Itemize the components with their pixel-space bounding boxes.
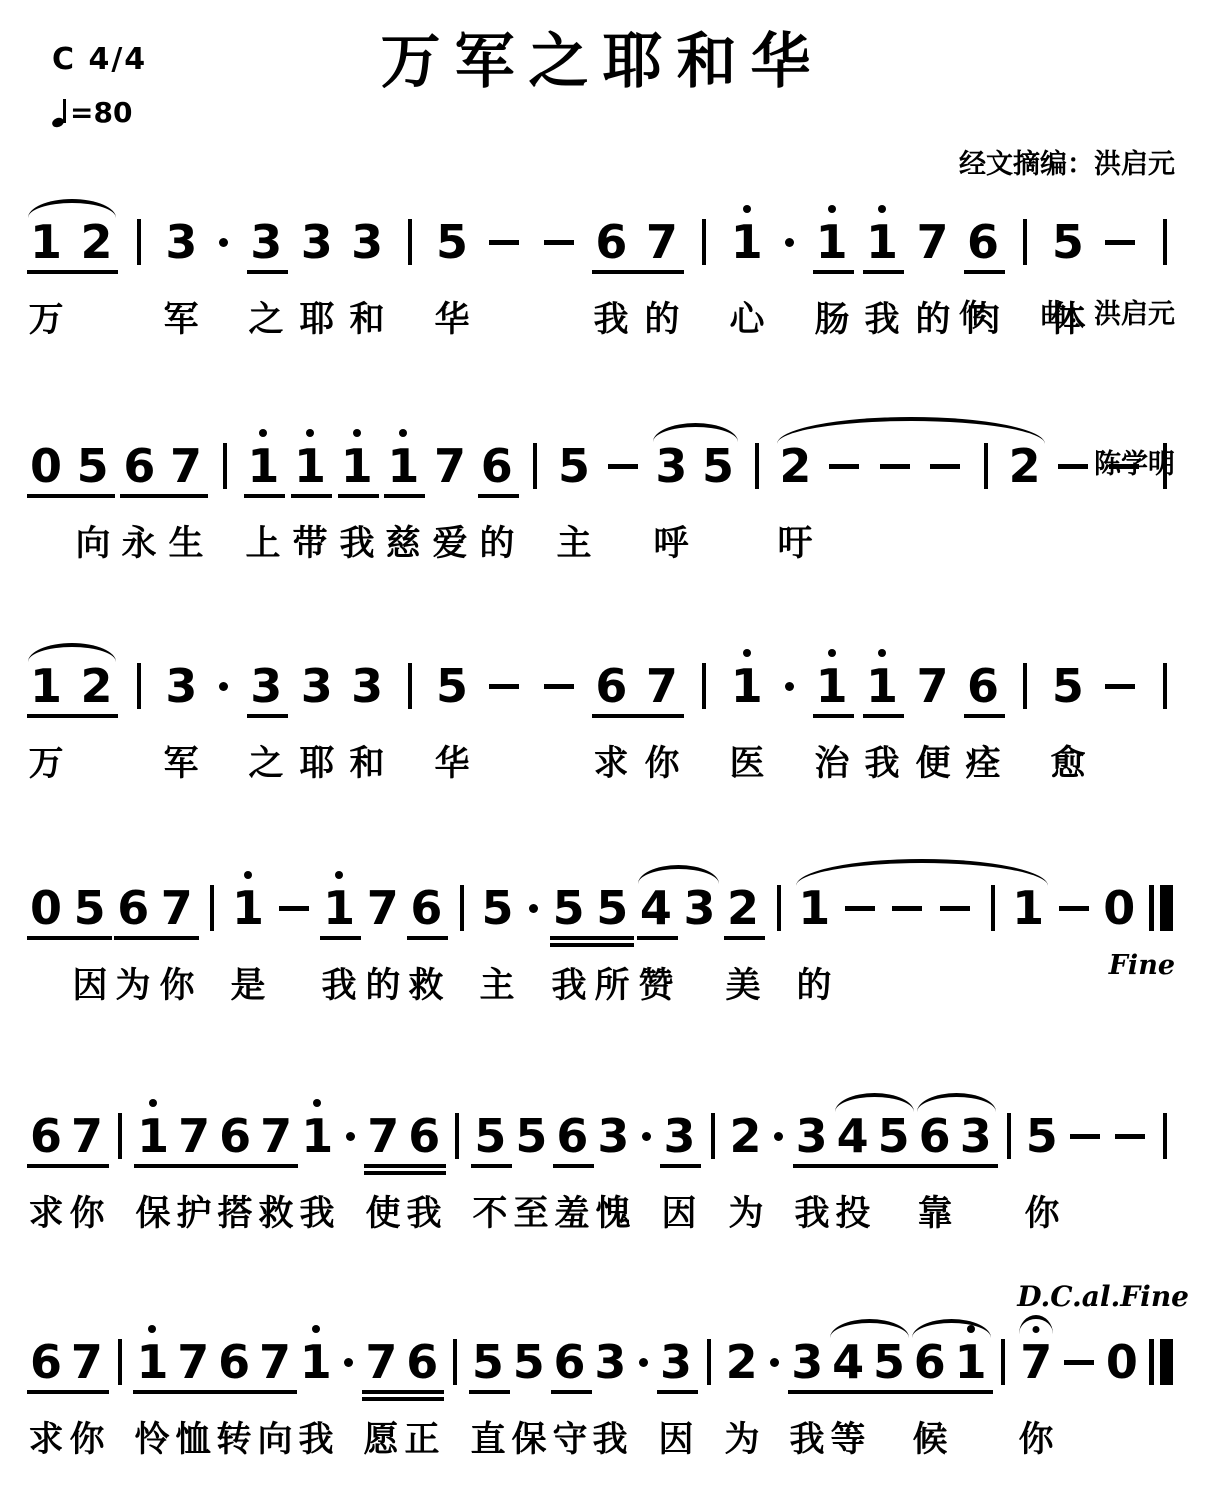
note-digit: 5 (436, 196, 468, 288)
lyric-syllable: 军 (158, 736, 204, 786)
note-digit: 5 (74, 862, 106, 954)
note-digit: 7 (917, 196, 949, 288)
octave-underline (471, 1164, 512, 1168)
duration-dash (1056, 862, 1092, 954)
octave-underline (244, 494, 285, 498)
lyric-syllable: 你 (639, 736, 685, 786)
augmentation-dot (216, 640, 232, 732)
barline (749, 420, 765, 512)
lyric-syllable: 我 (401, 1186, 447, 1236)
augmentation-dot (638, 1090, 654, 1182)
lyric-syllable: 耶 (294, 736, 340, 786)
note-digit: 1 (301, 1090, 333, 1182)
barline (696, 640, 712, 732)
note-digit: 2 (727, 862, 759, 954)
lyric-syllable: 羞 (549, 1186, 595, 1236)
lyric-syllable: 求 (23, 1412, 69, 1462)
note-digit: 0 (1106, 1316, 1138, 1408)
octave-underline (657, 1390, 698, 1394)
duration-dash (1061, 1316, 1097, 1408)
lyric-syllable: 不 (467, 1186, 513, 1236)
octave-underline (120, 494, 208, 498)
lyric-syllable: 我 (334, 516, 380, 566)
note-digit: 6 (219, 1090, 251, 1182)
lyrics-line-3: 万军之耶和华求你医治我便痊愈 (30, 736, 1173, 788)
key-signature: C 4/4 (52, 42, 147, 77)
augmentation-dot (216, 196, 232, 288)
note-digit: 3 (663, 1090, 695, 1182)
duration-dash (486, 196, 522, 288)
octave-underline (964, 714, 1005, 718)
barline (204, 862, 220, 954)
lyric-syllable: 带 (287, 516, 333, 566)
note-digit: 1 (294, 420, 326, 512)
lyric-syllable: 怜 (129, 1412, 175, 1462)
final-barline (1147, 862, 1173, 954)
lyric-syllable: 万 (23, 292, 69, 342)
note-digit: 7 (367, 1090, 399, 1182)
octave-underline (553, 1164, 594, 1168)
lyric-syllable: 至 (508, 1186, 554, 1236)
lyric-syllable: 我 (293, 1412, 339, 1462)
note-digit: 7 (177, 1316, 209, 1408)
credit-line-scripture: 经文摘编：洪启元 (959, 140, 1175, 190)
note-digit: 1 (866, 196, 898, 288)
lyric-syllable: 赞 (633, 958, 679, 1008)
augmentation-dot (525, 862, 541, 954)
octave-underline (320, 936, 361, 940)
notation-line-2: 056711117653522 (30, 420, 1173, 512)
duration-dash (1102, 196, 1138, 288)
octave-underline (384, 494, 425, 498)
octave-underline (550, 936, 634, 940)
note-digit: 1 (323, 862, 355, 954)
octave-underline (134, 1164, 216, 1168)
note-digit: 6 (556, 1090, 588, 1182)
augmentation-dot (342, 1090, 358, 1182)
lyric-syllable: 向 (70, 516, 116, 566)
augmentation-dot (771, 1090, 787, 1182)
note-digit: 1 (136, 1316, 168, 1408)
lyric-syllable: 等 (825, 1412, 871, 1462)
note-digit: 5 (596, 862, 628, 954)
sheet-music-page: C 4/4 =80 万军之耶和华 经文摘编：洪启元 作 曲：洪启元 陈学明 12… (0, 0, 1205, 1488)
note-digit: 7 (260, 1090, 292, 1182)
lyric-syllable: 的 (360, 958, 406, 1008)
note-digit: 5 (77, 420, 109, 512)
duration-dash (1112, 1090, 1148, 1182)
note-digit: 0 (30, 420, 62, 512)
barline (1157, 1090, 1173, 1182)
duration-dash (1055, 420, 1091, 512)
note-digit: 6 (967, 640, 999, 732)
lyric-syllable: 我 (859, 736, 905, 786)
lyric-syllable: 心 (724, 292, 770, 342)
barline (402, 640, 418, 732)
note-digit: 0 (30, 862, 62, 954)
octave-underline (247, 270, 288, 274)
barline (696, 196, 712, 288)
augmentation-dot (635, 1316, 651, 1408)
note-digit: 1 (816, 196, 848, 288)
song-title: 万军之耶和华 (381, 14, 825, 100)
duration-dash (1067, 1090, 1103, 1182)
octave-underline (911, 1390, 993, 1394)
note-digit: 6 (595, 640, 627, 732)
dc-al-fine-marker: D.C.al.Fine (1017, 1280, 1189, 1313)
note-digit: 7 (646, 196, 678, 288)
note-digit: 3 (165, 196, 197, 288)
augmentation-dot (766, 1316, 782, 1408)
octave-underline (27, 714, 118, 718)
lyric-syllable: 主 (474, 958, 520, 1008)
lyric-syllable: 医 (724, 736, 770, 786)
lyric-syllable: 和 (344, 292, 390, 342)
notation-line-1: 123333567111765 (30, 196, 1173, 288)
lyric-syllable: 上 (240, 516, 286, 566)
lyric-syllable: 我 (294, 1186, 340, 1236)
note-digit-fermata: 7 (1020, 1316, 1052, 1408)
note-digit: 6 (117, 862, 149, 954)
lyric-syllable: 因 (67, 958, 113, 1008)
lyrics-line-5: 求你保护搭救我使我不至羞愧因为我投靠你 (30, 1186, 1173, 1238)
lyric-syllable: 愈 (1045, 736, 1091, 786)
octave-underline (829, 1390, 911, 1394)
note-digit: 7 (646, 640, 678, 732)
note-digit: 3 (796, 1090, 828, 1182)
lyric-syllable: 的 (791, 958, 837, 1008)
lyric-syllable: 华 (429, 736, 475, 786)
barline (705, 1090, 721, 1182)
note-digit: 3 (165, 640, 197, 732)
lyric-syllable: 靠 (912, 1186, 958, 1236)
octave-underline (133, 1390, 215, 1394)
lyric-syllable: 我 (316, 958, 362, 1008)
lyric-syllable: 候 (907, 1412, 953, 1462)
lyric-syllable: 求 (23, 1186, 69, 1236)
duration-dash (1102, 640, 1138, 732)
lyric-syllable: 体 (1045, 292, 1091, 342)
note-digit: 6 (481, 420, 513, 512)
duration-dash (486, 640, 522, 732)
lyric-syllable: 是 (225, 958, 271, 1008)
note-digit: 6 (408, 1090, 440, 1182)
note-digit: 1 (341, 420, 373, 512)
lyrics-line-2: 向永生上带我慈爱的主呼吁 (30, 516, 1173, 568)
octave-underline (863, 714, 904, 718)
lyric-syllable: 爱 (427, 516, 473, 566)
octave-underline (114, 936, 199, 940)
lyric-syllable: 求 (588, 736, 634, 786)
lyric-syllable: 慈 (380, 516, 426, 566)
tempo-marking: =80 (52, 96, 132, 129)
lyric-syllable: 生 (163, 516, 209, 566)
system-2: 056711117653522 向永生上带我慈爱的主呼吁 (30, 420, 1173, 568)
note-digit: 5 (481, 862, 513, 954)
lyric-syllable: 为 (723, 1186, 769, 1236)
note-digit: 7 (259, 1316, 291, 1408)
lyric-syllable: 因 (653, 1412, 699, 1462)
system-1: 123333567111765 万军之耶和华我的心肠我的肉体 (30, 196, 1173, 344)
note-digit: 6 (218, 1316, 250, 1408)
lyric-syllable: 美 (720, 958, 766, 1008)
system-3: 123333567111765 万军之耶和华求你医治我便痊愈 (30, 640, 1173, 788)
note-digit: 3 (250, 640, 282, 732)
system-5: 671767176556332345635 求你保护搭救我使我不至羞愧因为我投靠… (30, 1090, 1173, 1238)
note-digit: 7 (71, 1090, 103, 1182)
note-digit: 3 (301, 640, 333, 732)
lyric-syllable: 使 (360, 1186, 406, 1236)
augmentation-dot (781, 196, 797, 288)
note-digit: 2 (730, 1090, 762, 1182)
octave-underline (592, 270, 684, 274)
barline (1157, 640, 1173, 732)
lyric-syllable: 你 (64, 1186, 110, 1236)
lyric-syllable: 我 (784, 1412, 830, 1462)
fine-marker: Fine (1109, 950, 1175, 981)
lyric-syllable: 肉 (960, 292, 1006, 342)
octave-underline (27, 270, 118, 274)
lyrics-line-4: 因为你是我的救主我所赞美的 (30, 958, 1173, 1010)
note-digit: 3 (791, 1316, 823, 1408)
octave-underline (637, 936, 678, 940)
note-digit: 2 (726, 1316, 758, 1408)
lyric-syllable: 我 (789, 1186, 835, 1236)
lyric-syllable: 保 (506, 1412, 552, 1462)
barline (454, 862, 470, 954)
system-4: 05671176555432110 因为你是我的救主我所赞美的 (30, 862, 1173, 1010)
octave-underline (592, 714, 684, 718)
barline (217, 420, 233, 512)
octave-underline (793, 1164, 834, 1168)
lyric-syllable: 治 (809, 736, 855, 786)
barline (131, 196, 147, 288)
lyric-syllable: 呼 (648, 516, 694, 566)
note-digit: 5 (558, 420, 590, 512)
note-digit: 6 (595, 196, 627, 288)
lyric-syllable: 的 (639, 292, 685, 342)
lyric-syllable: 便 (910, 736, 956, 786)
note-digit: 1 (300, 1316, 332, 1408)
lyric-syllable: 我 (859, 292, 905, 342)
octave-underline (788, 1390, 829, 1394)
octave-underline (916, 1164, 998, 1168)
note-digit: 3 (351, 196, 383, 288)
octave-underline (813, 714, 854, 718)
notation-line-3: 123333567111765 (30, 640, 1173, 732)
note-digit: 3 (594, 1316, 626, 1408)
augmentation-dot (781, 640, 797, 732)
octave-underline (27, 936, 112, 940)
duration-dash (541, 640, 577, 732)
note-digit: 0 (1103, 862, 1135, 954)
barline (1157, 420, 1173, 512)
note-digit: 5 (436, 640, 468, 732)
note-digit: 7 (917, 640, 949, 732)
lyric-syllable: 护 (171, 1186, 217, 1236)
barline (449, 1090, 465, 1182)
octave-underline (362, 1397, 444, 1401)
note-digit: 1 (866, 640, 898, 732)
lyric-syllable: 救 (253, 1186, 299, 1236)
note-digit: 3 (250, 196, 282, 288)
note-digit: 6 (967, 196, 999, 288)
tie-arc (777, 417, 1045, 444)
note-digit: 6 (30, 1090, 62, 1182)
lyric-syllable: 军 (158, 292, 204, 342)
octave-underline (407, 936, 448, 940)
lyric-syllable: 为 (110, 958, 156, 1008)
note-digit: 3 (660, 1316, 692, 1408)
note-digit: 7 (178, 1090, 210, 1182)
octave-underline (291, 494, 332, 498)
note-digit: 1 (247, 420, 279, 512)
note-digit: 7 (170, 420, 202, 512)
octave-underline (364, 1171, 446, 1175)
system-6: 6717671765563323456170 求你怜恤转向我愿正直保守我因为我等… (30, 1316, 1173, 1464)
lyric-syllable: 我 (587, 1412, 633, 1462)
barline (1017, 640, 1033, 732)
note-digit: 1 (731, 196, 763, 288)
note-digit: 5 (472, 1316, 504, 1408)
note-digit: 7 (71, 1316, 103, 1408)
octave-underline (215, 1390, 297, 1394)
lyric-syllable: 为 (719, 1412, 765, 1462)
octave-underline (338, 494, 379, 498)
note-digit: 1 (731, 640, 763, 732)
octave-underline (863, 270, 904, 274)
lyric-syllable: 正 (399, 1412, 445, 1462)
barline (112, 1316, 128, 1408)
octave-underline (469, 1390, 510, 1394)
notation-line-6: 6717671765563323456170 (30, 1316, 1173, 1408)
barline (447, 1316, 463, 1408)
octave-underline (364, 1164, 446, 1168)
lyric-syllable: 主 (551, 516, 597, 566)
lyric-syllable: 耶 (294, 292, 340, 342)
notation-line-5: 671767176556332345635 (30, 1090, 1173, 1182)
quarter-note-icon (52, 97, 68, 129)
lyric-syllable: 永 (116, 516, 162, 566)
note-digit: 6 (554, 1316, 586, 1408)
note-digit: 7 (161, 862, 193, 954)
note-digit: 3 (597, 1090, 629, 1182)
barline (771, 862, 787, 954)
octave-underline (551, 1390, 592, 1394)
octave-underline (834, 1164, 916, 1168)
lyric-syllable: 之 (243, 736, 289, 786)
note-digit: 5 (513, 1316, 545, 1408)
barline (112, 1090, 128, 1182)
lyric-syllable: 因 (656, 1186, 702, 1236)
lyric-syllable: 你 (154, 958, 200, 1008)
note-digit: 7 (365, 1316, 397, 1408)
lyric-syllable: 你 (1019, 1186, 1065, 1236)
note-digit: 6 (410, 862, 442, 954)
lyric-syllable: 愿 (358, 1412, 404, 1462)
lyric-syllable: 我 (546, 958, 592, 1008)
lyric-syllable: 我 (588, 292, 634, 342)
lyric-syllable: 吁 (772, 516, 818, 566)
barline (131, 640, 147, 732)
note-digit: 5 (1052, 640, 1084, 732)
note-digit: 5 (474, 1090, 506, 1182)
lyric-syllable: 肠 (809, 292, 855, 342)
lyric-syllable: 万 (23, 736, 69, 786)
note-digit: 5 (1026, 1090, 1058, 1182)
note-digit: 1 (137, 1090, 169, 1182)
lyrics-line-6: 求你怜恤转向我愿正直保守我因为我等候你 (30, 1412, 1173, 1464)
octave-underline (362, 1390, 444, 1394)
note-digit: 7 (434, 420, 466, 512)
lyric-syllable: 的 (910, 292, 956, 342)
octave-underline (813, 270, 854, 274)
note-digit: 3 (301, 196, 333, 288)
tie-arc (796, 859, 1048, 886)
note-digit: 6 (123, 420, 155, 512)
octave-underline (27, 1164, 109, 1168)
lyric-syllable: 恤 (170, 1412, 216, 1462)
lyric-syllable: 之 (243, 292, 289, 342)
octave-underline (27, 494, 115, 498)
octave-underline (550, 943, 634, 947)
octave-underline (964, 270, 1005, 274)
lyric-syllable: 直 (465, 1412, 511, 1462)
note-digit: 5 (515, 1090, 547, 1182)
lyric-syllable: 投 (830, 1186, 876, 1236)
lyric-syllable: 向 (252, 1412, 298, 1462)
duration-dash (276, 862, 312, 954)
lyric-syllable: 保 (130, 1186, 176, 1236)
octave-underline (478, 494, 519, 498)
barline (1001, 1090, 1017, 1182)
lyric-syllable: 救 (403, 958, 449, 1008)
lyric-syllable: 痊 (960, 736, 1006, 786)
augmentation-dot (341, 1316, 357, 1408)
barline (701, 1316, 717, 1408)
tempo-value: =80 (70, 96, 132, 129)
lyric-syllable: 你 (1013, 1412, 1059, 1462)
note-digit: 3 (351, 640, 383, 732)
barline (1017, 196, 1033, 288)
lyric-syllable: 你 (64, 1412, 110, 1462)
lyric-syllable: 搭 (212, 1186, 258, 1236)
note-digit: 1 (387, 420, 419, 512)
note-digit: 7 (367, 862, 399, 954)
note-digit: 1 (816, 640, 848, 732)
barline (402, 196, 418, 288)
duration-dash (1106, 420, 1142, 512)
octave-underline (27, 1390, 109, 1394)
barline (995, 1316, 1011, 1408)
barline (527, 420, 543, 512)
notation-line-4: 05671176555432110 (30, 862, 1173, 954)
barline (1157, 196, 1173, 288)
final-barline (1147, 1316, 1173, 1408)
lyric-syllable: 愧 (590, 1186, 636, 1236)
note-digit: 6 (406, 1316, 438, 1408)
note-digit: 5 (1052, 196, 1084, 288)
note-digit: 5 (553, 862, 585, 954)
lyric-syllable: 所 (589, 958, 635, 1008)
octave-underline (660, 1164, 701, 1168)
duration-dash (541, 196, 577, 288)
lyric-syllable: 转 (211, 1412, 257, 1462)
duration-dash (605, 420, 641, 512)
lyric-syllable: 和 (344, 736, 390, 786)
lyric-syllable: 的 (474, 516, 520, 566)
octave-underline (724, 936, 765, 940)
